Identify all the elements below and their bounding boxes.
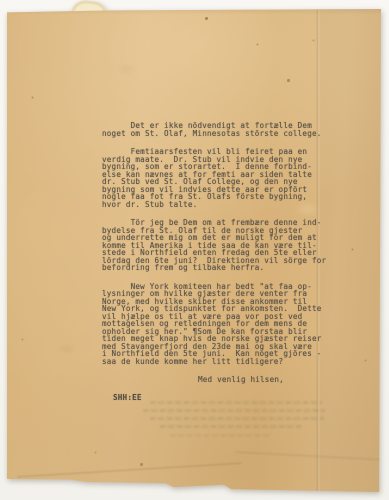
bottom-crease-left: [17, 462, 242, 478]
bleed-through-line: [160, 425, 302, 428]
bleed-through-line: [170, 434, 270, 437]
bleed-through-line: [150, 417, 324, 420]
bleed-through-line: [150, 401, 322, 404]
bleed-through-text: [7, 9, 381, 492]
bottom-crease-right: [235, 451, 385, 461]
letter-paragraph-1: Det er ikke nödvendigt at fortælle Dem n…: [102, 122, 342, 137]
letter-body: Det er ikke nödvendigt at fortælle Dem n…: [102, 122, 342, 401]
letter-paragraph-3: Tör jeg be Dem om at frembære denne ind-…: [102, 219, 342, 272]
letter-paper: Det er ikke nödvendigt at fortælle Dem n…: [7, 9, 381, 492]
letter-paragraph-4: New York komiteen har bedt "at faa op- l…: [102, 283, 342, 366]
vertical-fold-crease: [316, 9, 320, 492]
letter-paragraph-2: Femtiaarsfesten vil bli feiret paa en ve…: [102, 148, 342, 208]
photo-background: Det er ikke nödvendigt at fortælle Dem n…: [0, 0, 389, 500]
closing-salutation: Med venlig hilsen,: [102, 376, 342, 384]
typist-initials: SHH:EE: [113, 394, 342, 402]
bleed-through-line: [143, 409, 325, 412]
paper-shadow-wrap: Det er ikke nödvendigt at fortælle Dem n…: [0, 0, 389, 500]
foxing-spots: [7, 9, 8, 10]
